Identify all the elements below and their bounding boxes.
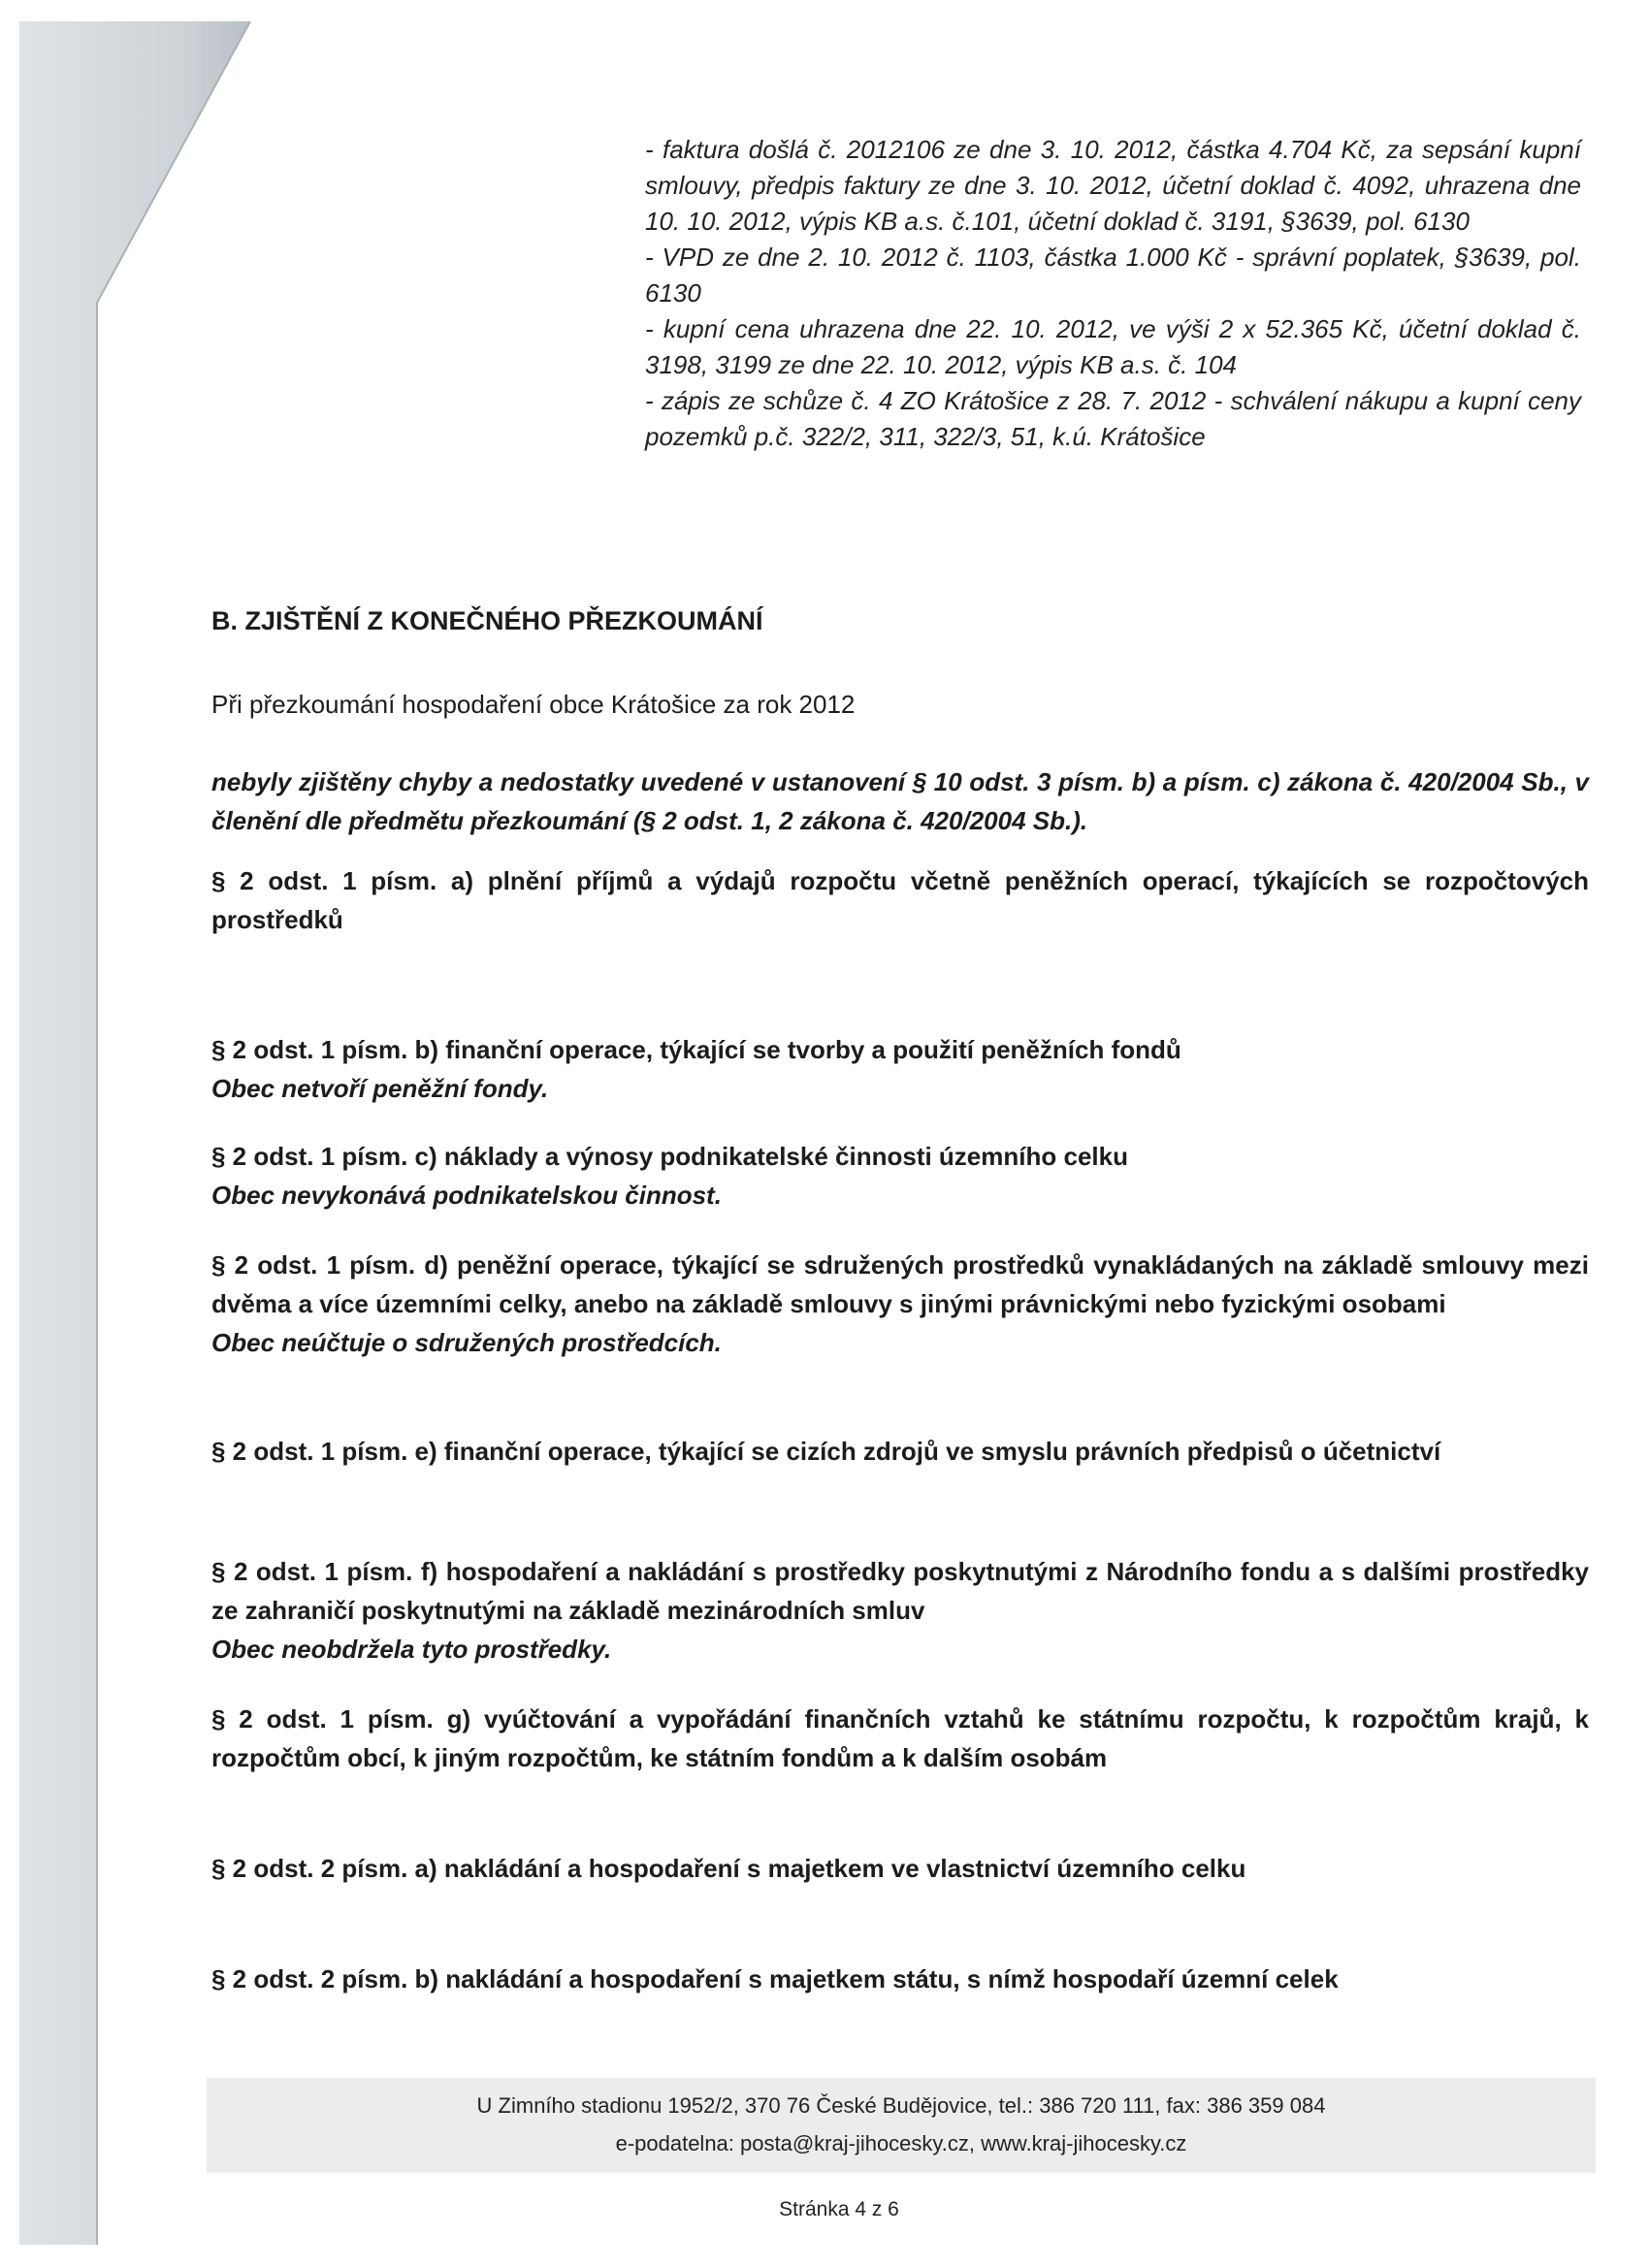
evidence-list: - faktura došlá č. 2012106 ze dne 3. 10.… xyxy=(645,132,1581,455)
document-page: - faktura došlá č. 2012106 ze dne 3. 10.… xyxy=(0,0,1649,2268)
paragraph-title: § 2 odst. 2 písm. a) nakládání a hospoda… xyxy=(211,1849,1589,1888)
paragraph-note: Obec netvoří peněžní fondy. xyxy=(211,1069,1589,1108)
paragraph-title: § 2 odst. 1 písm. c) náklady a výnosy po… xyxy=(211,1137,1589,1176)
footer-address: U Zimního stadionu 1952/2, 370 76 České … xyxy=(207,2093,1596,2119)
list-item: - VPD ze dne 2. 10. 2012 č. 1103, částka… xyxy=(645,240,1581,311)
paragraph-note: Obec neúčtuje o sdružených prostředcích. xyxy=(211,1323,1589,1362)
paragraph-2-1-g: § 2 odst. 1 písm. g) vyúčtování a vypořá… xyxy=(211,1700,1589,1777)
section-b-heading: B. ZJIŠTĚNÍ Z KONEČNÉHO PŘEZKOUMÁNÍ xyxy=(211,601,1589,640)
paragraph-title: § 2 odst. 1 písm. a) plnění příjmů a výd… xyxy=(211,861,1589,939)
paragraph-2-1-e: § 2 odst. 1 písm. e) finanční operace, t… xyxy=(211,1432,1589,1471)
section-b-finding: nebyly zjištěny chyby a nedostatky uvede… xyxy=(211,762,1589,840)
list-item: - kupní cena uhrazena dne 22. 10. 2012, … xyxy=(645,311,1581,383)
paragraph-title: § 2 odst. 1 písm. e) finanční operace, t… xyxy=(211,1432,1589,1471)
list-item: - faktura došlá č. 2012106 ze dne 3. 10.… xyxy=(645,132,1581,240)
paragraph-2-1-c: § 2 odst. 1 písm. c) náklady a výnosy po… xyxy=(211,1137,1589,1215)
paragraph-2-2-a: § 2 odst. 2 písm. a) nakládání a hospoda… xyxy=(211,1849,1589,1888)
paragraph-2-1-f: § 2 odst. 1 písm. f) hospodaření a naklá… xyxy=(211,1552,1589,1669)
section-b-intro: Při přezkoumání hospodaření obce Krátoši… xyxy=(211,685,1589,724)
page-number: Stránka 4 z 6 xyxy=(0,2198,1649,2221)
paragraph-title: § 2 odst. 1 písm. b) finanční operace, t… xyxy=(211,1030,1589,1069)
footer-contact: e-podatelna: posta@kraj-jihocesky.cz, ww… xyxy=(207,2131,1596,2156)
paragraph-2-1-d: § 2 odst. 1 písm. d) peněžní operace, tý… xyxy=(211,1246,1589,1362)
paragraph-2-1-b: § 2 odst. 1 písm. b) finanční operace, t… xyxy=(211,1030,1589,1108)
paragraph-2-2-b: § 2 odst. 2 písm. b) nakládání a hospoda… xyxy=(211,1960,1589,1998)
list-item: - zápis ze schůze č. 4 ZO Krátošice z 28… xyxy=(645,383,1581,455)
paragraph-title: § 2 odst. 1 písm. g) vyúčtování a vypořá… xyxy=(211,1700,1589,1777)
paragraph-title: § 2 odst. 1 písm. f) hospodaření a naklá… xyxy=(211,1552,1589,1630)
paragraph-note: Obec neobdržela tyto prostředky. xyxy=(211,1630,1589,1669)
footer-address-band: U Zimního stadionu 1952/2, 370 76 České … xyxy=(207,2078,1596,2173)
paragraph-note: Obec nevykonává podnikatelskou činnost. xyxy=(211,1176,1589,1215)
paragraph-title: § 2 odst. 1 písm. d) peněžní operace, tý… xyxy=(211,1246,1589,1323)
paragraph-2-1-a: § 2 odst. 1 písm. a) plnění příjmů a výd… xyxy=(211,861,1589,939)
paragraph-title: § 2 odst. 2 písm. b) nakládání a hospoda… xyxy=(211,1960,1589,1998)
